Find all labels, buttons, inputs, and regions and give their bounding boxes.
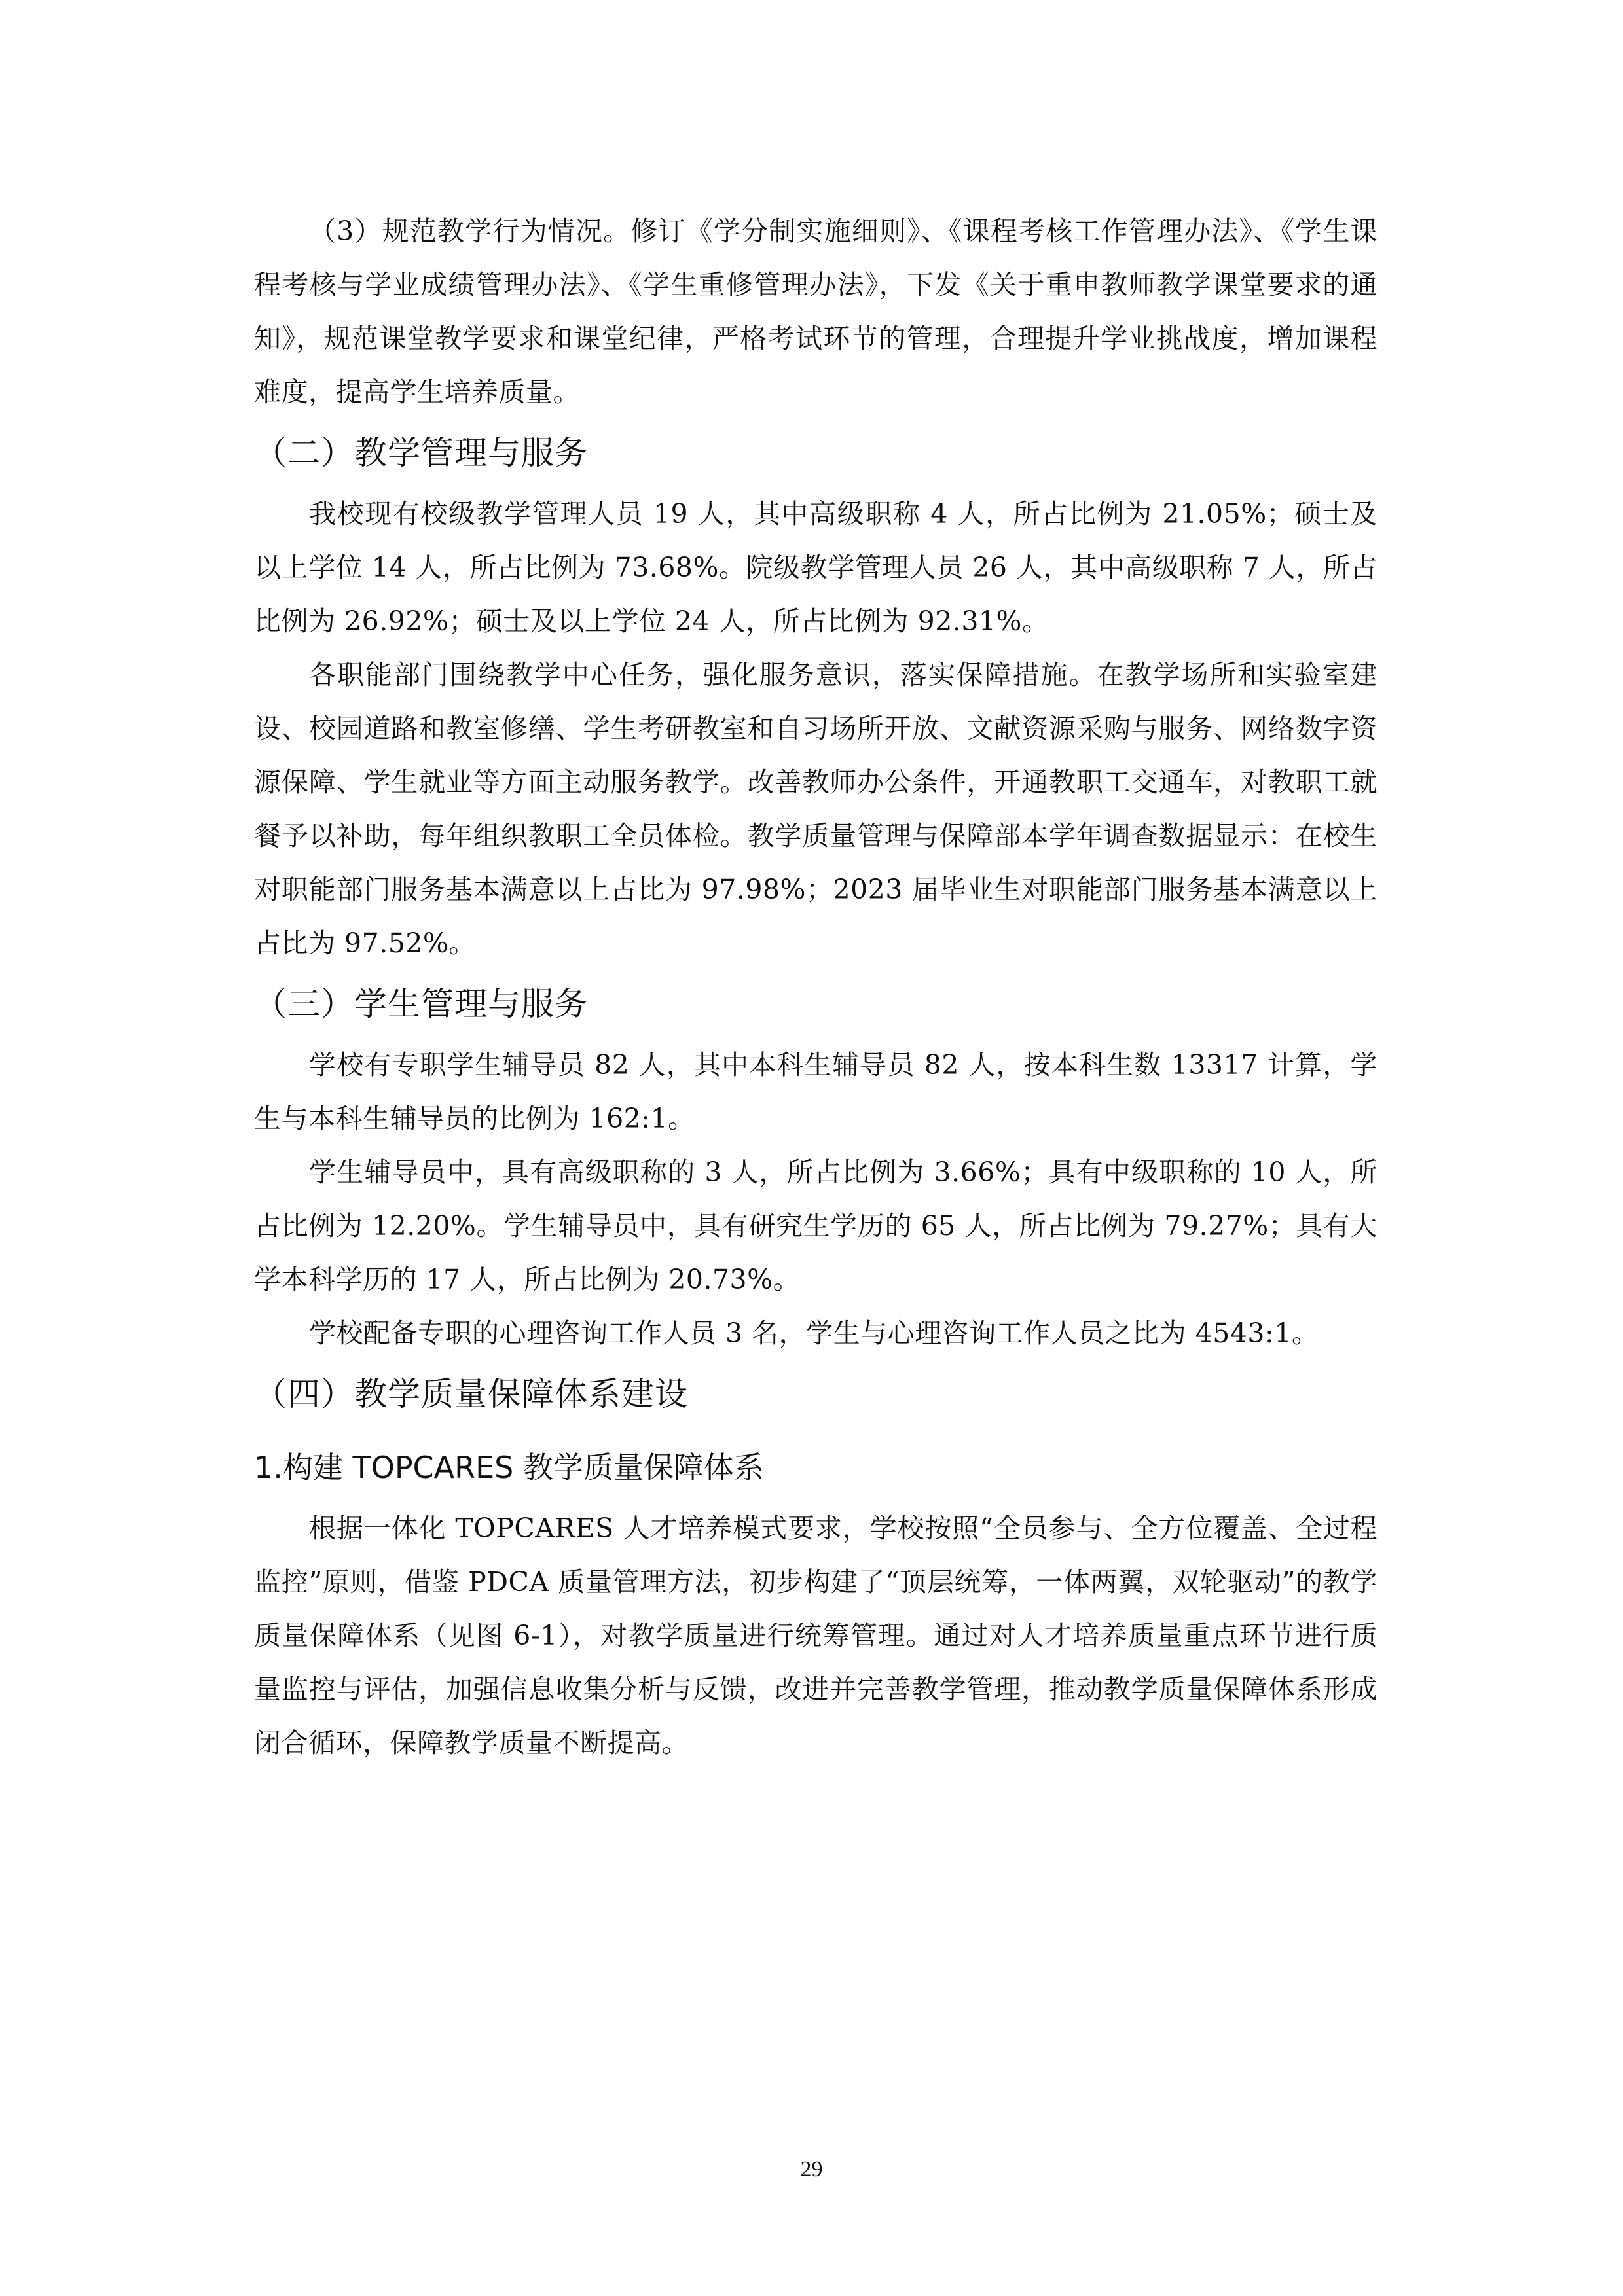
document-page: （3）规范教学行为情况。修订《学分制实施细则》、《课程考核工作管理办法》、《学生…: [0, 0, 1623, 2296]
heading-teaching-management: （二）教学管理与服务: [254, 419, 1377, 487]
page-number: 29: [0, 2157, 1623, 2182]
subheading-topcares-system: 1.构建 TOPCARES 教学质量保障体系: [254, 1433, 1377, 1501]
paragraph-counselor-qualifications: 学生辅导员中，具有高级职称的 3 人，所占比例为 3.66%；具有中级职称的 1…: [254, 1145, 1377, 1306]
paragraph-teaching-conduct: （3）规范教学行为情况。修订《学分制实施细则》、《课程考核工作管理办法》、《学生…: [254, 204, 1377, 419]
page-content: （3）规范教学行为情况。修订《学分制实施细则》、《课程考核工作管理办法》、《学生…: [254, 204, 1377, 1770]
paragraph-management-staff: 我校现有校级教学管理人员 19 人，其中高级职称 4 人，所占比例为 21.05…: [254, 487, 1377, 648]
paragraph-functional-departments: 各职能部门围绕教学中心任务，强化服务意识，落实保障措施。在教学场所和实验室建设、…: [254, 648, 1377, 970]
heading-quality-assurance: （四）教学质量保障体系建设: [254, 1360, 1377, 1428]
heading-student-management: （三）学生管理与服务: [254, 970, 1377, 1038]
paragraph-counselor-count: 学校有专职学生辅导员 82 人，其中本科生辅导员 82 人，按本科生数 1331…: [254, 1038, 1377, 1145]
paragraph-psych-counseling: 学校配备专职的心理咨询工作人员 3 名，学生与心理咨询工作人员之比为 4543:…: [254, 1306, 1377, 1360]
paragraph-topcares-description: 根据一体化 TOPCARES 人才培养模式要求，学校按照“全员参与、全方位覆盖、…: [254, 1501, 1377, 1770]
